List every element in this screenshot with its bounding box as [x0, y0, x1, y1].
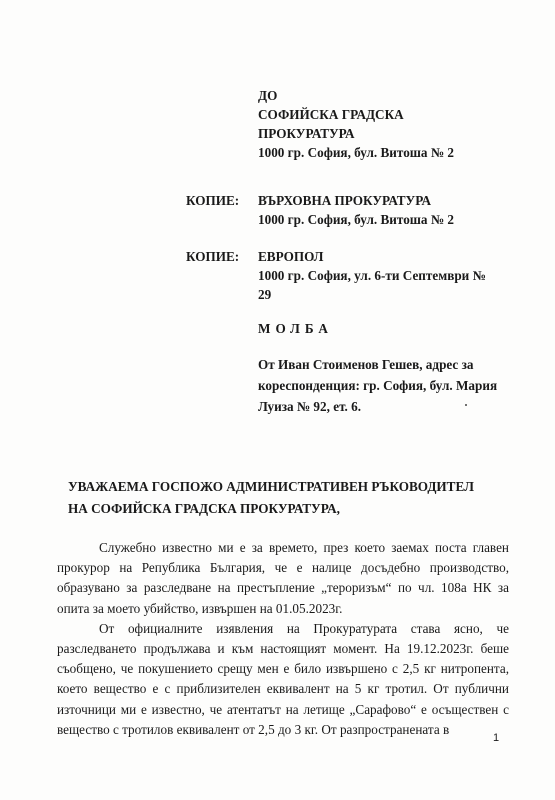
copy-address: 29 [258, 285, 271, 304]
document-page: ДО СОФИЙСКА ГРАДСКА ПРОКУРАТУРА 1000 гр.… [0, 0, 555, 800]
sender-line: кореспонденция: гр. София, бул. Мария [258, 376, 497, 395]
copy-recipient: ВЪРХОВНА ПРОКУРАТУРА [258, 191, 431, 210]
salutation-line: УВАЖАЕМА ГОСПОЖО АДМИНИСТРАТИВЕН РЪКОВОД… [68, 476, 474, 498]
addressee-address: 1000 гр. София, бул. Витоша № 2 [258, 143, 454, 162]
page-number: 1 [493, 732, 499, 744]
addressee-line: ПРОКУРАТУРА [258, 124, 355, 143]
copy-label: КОПИЕ: [186, 191, 239, 210]
copy-label: КОПИЕ: [186, 247, 239, 266]
document-title: МОЛБА [258, 319, 333, 338]
salutation: УВАЖАЕМА ГОСПОЖО АДМИНИСТРАТИВЕН РЪКОВОД… [68, 476, 474, 520]
paragraph: От официалните изявления на Прокуратурат… [57, 619, 509, 740]
copy-recipient: ЕВРОПОЛ [258, 247, 324, 266]
salutation-line: НА СОФИЙСКА ГРАДСКА ПРОКУРАТУРА, [68, 498, 474, 520]
sender-line: Луиза № 92, ет. 6. [258, 397, 361, 416]
addressee-line: СОФИЙСКА ГРАДСКА [258, 105, 404, 124]
copy-address: 1000 гр. София, ул. 6-ти Септември № [258, 266, 486, 285]
sender-line: От Иван Стоименов Гешев, адрес за [258, 355, 473, 374]
copy-address: 1000 гр. София, бул. Витоша № 2 [258, 210, 454, 229]
addressee-to-label: ДО [258, 86, 277, 105]
scan-speck [465, 404, 467, 406]
body-text: Служебно известно ми е за времето, през … [57, 538, 509, 740]
paragraph: Служебно известно ми е за времето, през … [57, 538, 509, 619]
